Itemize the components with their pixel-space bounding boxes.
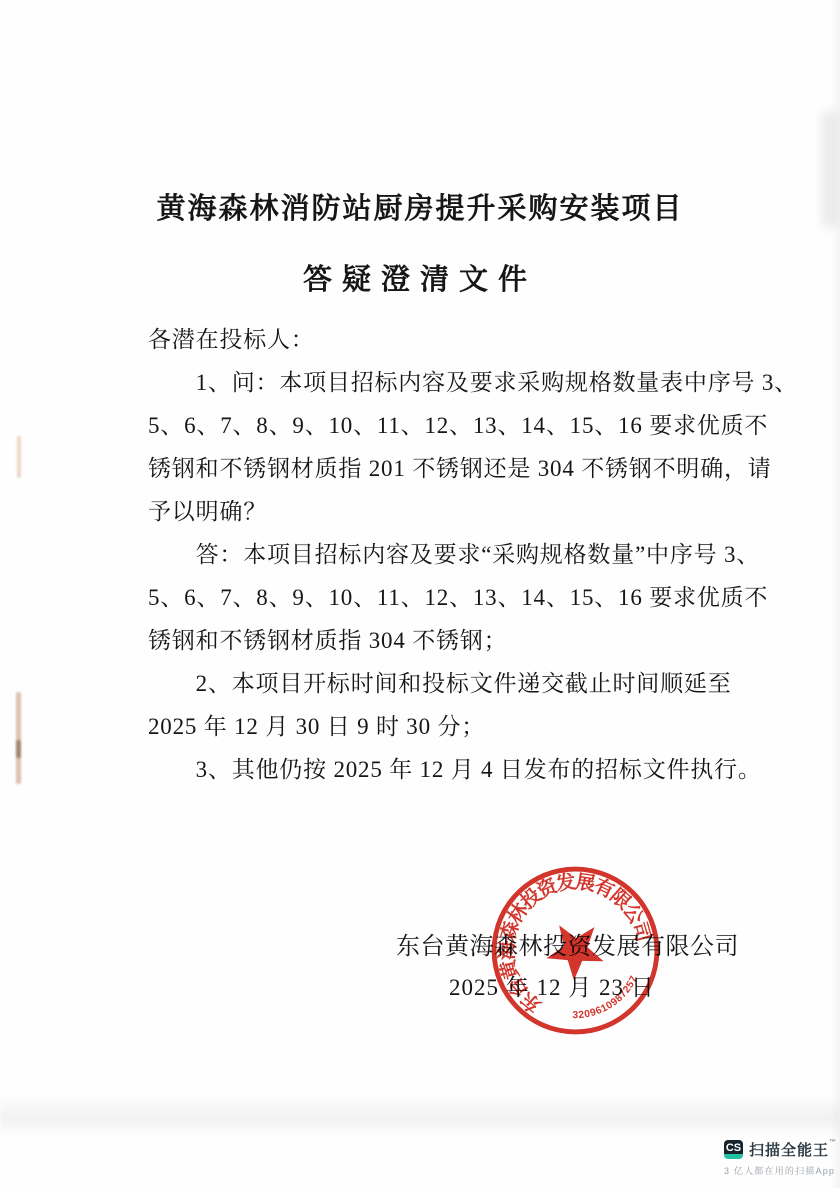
seal-number-text: 3209610987257	[567, 970, 646, 1032]
scanned-document-page: 黄海森林消防站厨房提升采购安装项目 答疑澄清文件 各潜在投标人： 1、问：本项目…	[0, 0, 840, 1188]
camscanner-logo-icon: CS	[724, 1140, 743, 1159]
body-line: 锈钢和不锈钢材质指 304 不锈钢；	[148, 619, 728, 662]
body-line: 1、问：本项目招标内容及要求采购规格数量表中序号 3、	[148, 361, 728, 404]
body-line: 予以明确？	[148, 490, 728, 533]
svg-text:3209610987257: 3209610987257	[567, 970, 646, 1032]
body-line: 5、6、7、8、9、10、11、12、13、14、15、16 要求优质不	[148, 576, 728, 619]
company-seal-stamp: 东台黄海森林投资发展有限公司 3209610987257	[487, 862, 664, 1039]
watermark-app-name: 扫描全能王™	[749, 1139, 837, 1160]
document-subtitle: 答疑澄清文件	[0, 257, 840, 298]
document-title: 黄海森林消防站厨房提升采购安装项目	[0, 186, 840, 227]
body-line: 锈钢和不锈钢材质指 201 不锈钢还是 304 不锈钢不明确，请	[148, 447, 728, 490]
body-line: 2、本项目开标时间和投标文件递交截止时间顺延至	[148, 662, 728, 705]
scan-shadow-band	[0, 1096, 840, 1136]
document-body: 各潜在投标人： 1、问：本项目招标内容及要求采购规格数量表中序号 3、5、6、7…	[148, 318, 728, 791]
body-line: 答：本项目招标内容及要求“采购规格数量”中序号 3、	[148, 533, 728, 576]
scan-streak-artifact	[16, 692, 21, 784]
scan-streak-artifact	[17, 436, 21, 478]
scan-edge-shade	[830, 0, 840, 1188]
body-line: 5、6、7、8、9、10、11、12、13、14、15、16 要求优质不	[148, 404, 728, 447]
body-line: 3、其他仍按 2025 年 12 月 4 日发布的招标文件执行。	[148, 748, 728, 791]
seal-star-icon	[535, 910, 613, 987]
camscanner-watermark: CS 扫描全能王™ 3 亿人都在用的扫描App	[724, 1139, 828, 1177]
body-line: 2025 年 12 月 30 日 9 时 30 分；	[148, 705, 728, 748]
trademark-symbol: ™	[829, 1139, 837, 1146]
body-line: 各潜在投标人：	[148, 318, 728, 361]
watermark-tagline: 3 亿人都在用的扫描App	[724, 1164, 828, 1177]
